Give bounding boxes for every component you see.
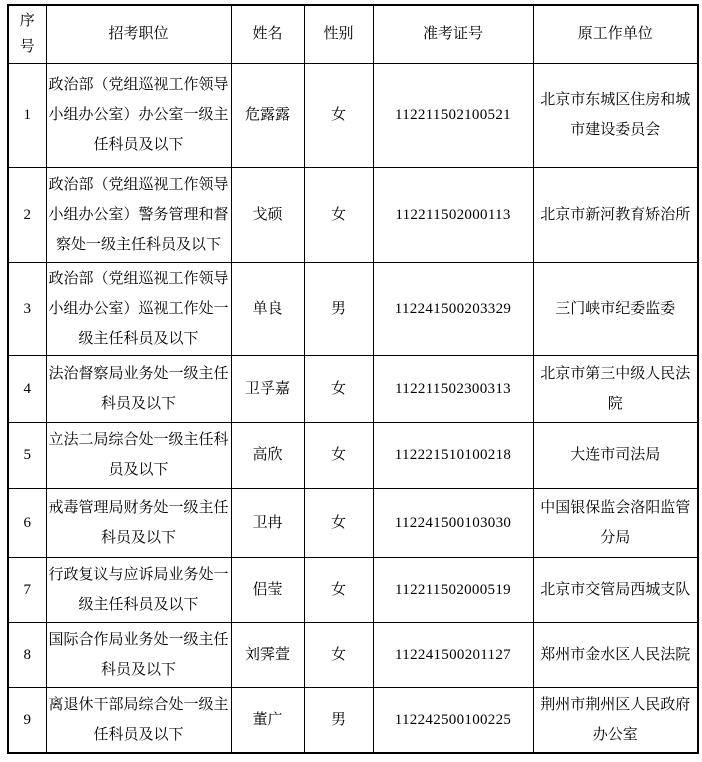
cell-gender: 女	[304, 355, 373, 422]
cell-position: 行政复议与应诉局业务处一 级主任科员及以下	[46, 557, 231, 622]
header-unit: 原工作单位	[533, 5, 698, 63]
cell-unit: 大连市司法局	[533, 422, 698, 488]
cell-unit: 北京市新河教育矫治所	[533, 167, 698, 262]
cell-name: 刘霁萱	[231, 622, 304, 687]
candidates-table: 序 号 招考职位 姓名 性别 准考证号 原工作单位 1 政治部（党组巡视工作领导…	[7, 4, 699, 754]
cell-index: 6	[8, 488, 46, 557]
header-name: 姓名	[231, 5, 304, 63]
table-row: 7 行政复议与应诉局业务处一 级主任科员及以下 侣莹 女 11221150200…	[8, 557, 698, 622]
table-row: 4 法治督察局业务处一级主任 科员及以下 卫孚嘉 女 1122115023003…	[8, 355, 698, 422]
header-index: 序 号	[8, 5, 46, 63]
cell-ticket: 112211502300313	[373, 355, 533, 422]
document-page: 序 号 招考职位 姓名 性别 准考证号 原工作单位 1 政治部（党组巡视工作领导…	[0, 0, 702, 762]
cell-index: 3	[8, 262, 46, 355]
cell-position: 离退休干部局综合处一级主 任科员及以下	[46, 687, 231, 753]
cell-unit: 中国银保监会洛阳监管 分局	[533, 488, 698, 557]
cell-index: 4	[8, 355, 46, 422]
cell-unit: 北京市东城区住房和城 市建设委员会	[533, 63, 698, 167]
cell-ticket: 112221510100218	[373, 422, 533, 488]
cell-gender: 女	[304, 622, 373, 687]
cell-position: 法治督察局业务处一级主任 科员及以下	[46, 355, 231, 422]
table-row: 6 戒毒管理局财务处一级主任 科员及以下 卫冉 女 11224150010303…	[8, 488, 698, 557]
cell-gender: 女	[304, 63, 373, 167]
cell-position: 政治部（党组巡视工作领导 小组办公室）警务管理和督 察处一级主任科员及以下	[46, 167, 231, 262]
table-row: 5 立法二局综合处一级主任科 员及以下 高欣 女 112221510100218…	[8, 422, 698, 488]
cell-ticket: 112211502000113	[373, 167, 533, 262]
cell-ticket: 112211502100521	[373, 63, 533, 167]
cell-name: 卫孚嘉	[231, 355, 304, 422]
cell-unit: 郑州市金水区人民法院	[533, 622, 698, 687]
cell-name: 董广	[231, 687, 304, 753]
cell-gender: 女	[304, 422, 373, 488]
cell-gender: 男	[304, 262, 373, 355]
cell-position: 立法二局综合处一级主任科 员及以下	[46, 422, 231, 488]
cell-index: 2	[8, 167, 46, 262]
cell-ticket: 112211502000519	[373, 557, 533, 622]
header-position: 招考职位	[46, 5, 231, 63]
header-ticket: 准考证号	[373, 5, 533, 63]
table-row: 3 政治部（党组巡视工作领导 小组办公室）巡视工作处一 级主任科员及以下 单良 …	[8, 262, 698, 355]
cell-index: 1	[8, 63, 46, 167]
cell-ticket: 112241500203329	[373, 262, 533, 355]
cell-ticket: 112241500201127	[373, 622, 533, 687]
header-row: 序 号 招考职位 姓名 性别 准考证号 原工作单位	[8, 5, 698, 63]
cell-unit: 三门峡市纪委监委	[533, 262, 698, 355]
cell-position: 政治部（党组巡视工作领导 小组办公室）办公室一级主 任科员及以下	[46, 63, 231, 167]
cell-name: 高欣	[231, 422, 304, 488]
cell-position: 戒毒管理局财务处一级主任 科员及以下	[46, 488, 231, 557]
table-row: 2 政治部（党组巡视工作领导 小组办公室）警务管理和督 察处一级主任科员及以下 …	[8, 167, 698, 262]
cell-name: 单良	[231, 262, 304, 355]
cell-index: 9	[8, 687, 46, 753]
cell-index: 8	[8, 622, 46, 687]
cell-unit: 北京市第三中级人民法 院	[533, 355, 698, 422]
cell-name: 危露露	[231, 63, 304, 167]
cell-gender: 女	[304, 488, 373, 557]
cell-name: 侣莹	[231, 557, 304, 622]
cell-unit: 北京市交管局西城支队	[533, 557, 698, 622]
cell-gender: 男	[304, 687, 373, 753]
cell-unit: 荆州市荆州区人民政府 办公室	[533, 687, 698, 753]
table-row: 8 国际合作局业务处一级主任 科员及以下 刘霁萱 女 1122415002011…	[8, 622, 698, 687]
cell-ticket: 112241500103030	[373, 488, 533, 557]
cell-ticket: 112242500100225	[373, 687, 533, 753]
cell-name: 卫冉	[231, 488, 304, 557]
cell-position: 国际合作局业务处一级主任 科员及以下	[46, 622, 231, 687]
cell-gender: 女	[304, 167, 373, 262]
cell-index: 5	[8, 422, 46, 488]
table-row: 9 离退休干部局综合处一级主 任科员及以下 董广 男 1122425001002…	[8, 687, 698, 753]
header-gender: 性别	[304, 5, 373, 63]
table-row: 1 政治部（党组巡视工作领导 小组办公室）办公室一级主 任科员及以下 危露露 女…	[8, 63, 698, 167]
cell-index: 7	[8, 557, 46, 622]
cell-position: 政治部（党组巡视工作领导 小组办公室）巡视工作处一 级主任科员及以下	[46, 262, 231, 355]
cell-name: 戈硕	[231, 167, 304, 262]
cell-gender: 女	[304, 557, 373, 622]
